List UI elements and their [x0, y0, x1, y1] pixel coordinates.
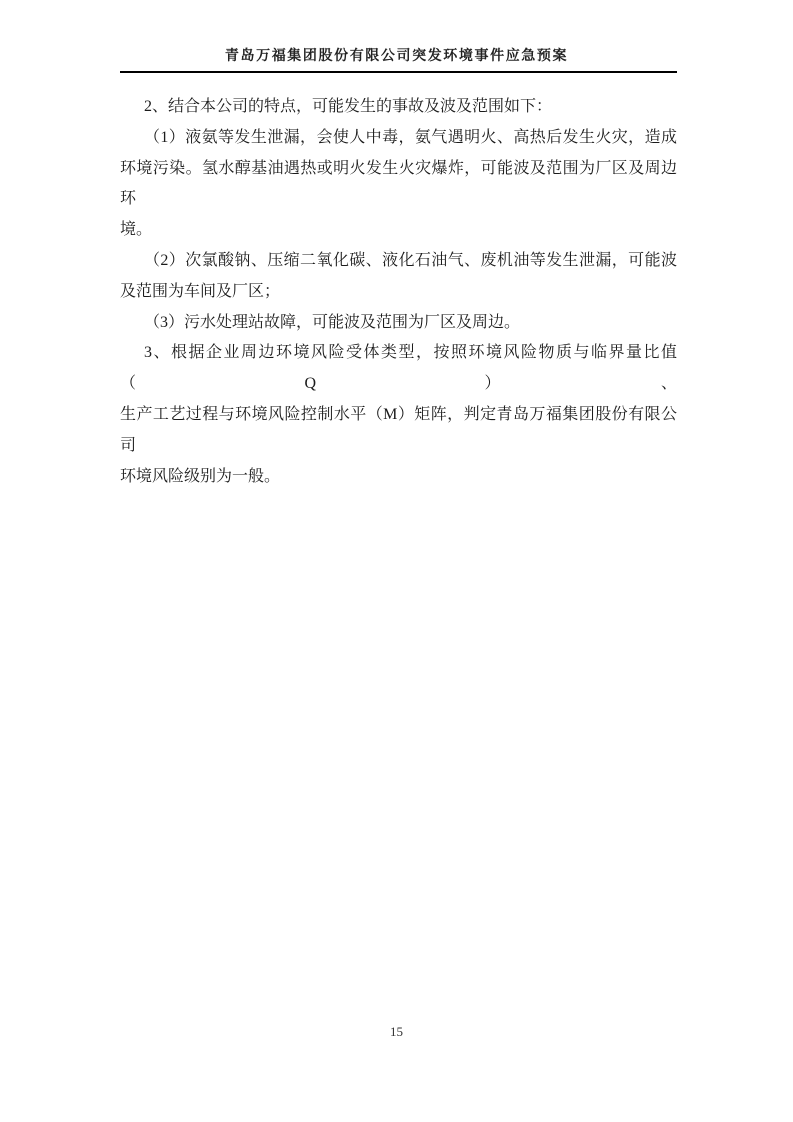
text-line: 2、结合本公司的特点，可能发生的事故及波及范围如下： [120, 92, 677, 123]
document-page: 青岛万福集团股份有限公司突发环境事件应急预案 2、结合本公司的特点，可能发生的事… [0, 0, 793, 1122]
document-body: 2、结合本公司的特点，可能发生的事故及波及范围如下：（1）液氨等发生泄漏，会使人… [120, 92, 677, 492]
text-line: （1）液氨等发生泄漏，会使人中毒，氨气遇明火、高热后发生火灾，造成 [120, 123, 677, 154]
text-line: 生产工艺过程与环境风险控制水平（M）矩阵，判定青岛万福集团股份有限公司 [120, 400, 677, 462]
text-line: 境。 [120, 215, 677, 246]
document-header: 青岛万福集团股份有限公司突发环境事件应急预案 [0, 45, 793, 65]
text-line: （2）次氯酸钠、压缩二氧化碳、液化石油气、废机油等发生泄漏，可能波 [120, 246, 677, 277]
text-line: 及范围为车间及厂区； [120, 277, 677, 308]
text-line: （3）污水处理站故障，可能波及范围为厂区及周边。 [120, 308, 677, 339]
paragraph: 3、根据企业周边环境风险受体类型，按照环境风险物质与临界量比值（Q）、生产工艺过… [120, 338, 677, 492]
paragraph: （3）污水处理站故障，可能波及范围为厂区及周边。 [120, 308, 677, 339]
paragraph: 2、结合本公司的特点，可能发生的事故及波及范围如下： [120, 92, 677, 123]
header-title: 青岛万福集团股份有限公司突发环境事件应急预案 [225, 49, 568, 64]
text-line: 环境风险级别为一般。 [120, 462, 677, 493]
paragraph: （1）液氨等发生泄漏，会使人中毒，氨气遇明火、高热后发生火灾，造成环境污染。氢水… [120, 123, 677, 246]
text-line: 3、根据企业周边环境风险受体类型，按照环境风险物质与临界量比值（Q）、 [120, 338, 677, 400]
paragraph: （2）次氯酸钠、压缩二氧化碳、液化石油气、废机油等发生泄漏，可能波及范围为车间及… [120, 246, 677, 308]
header-rule [120, 71, 677, 73]
page-number: 15 [0, 1024, 793, 1040]
text-line: 环境污染。氢水醇基油遇热或明火发生火灾爆炸，可能波及范围为厂区及周边环 [120, 154, 677, 216]
